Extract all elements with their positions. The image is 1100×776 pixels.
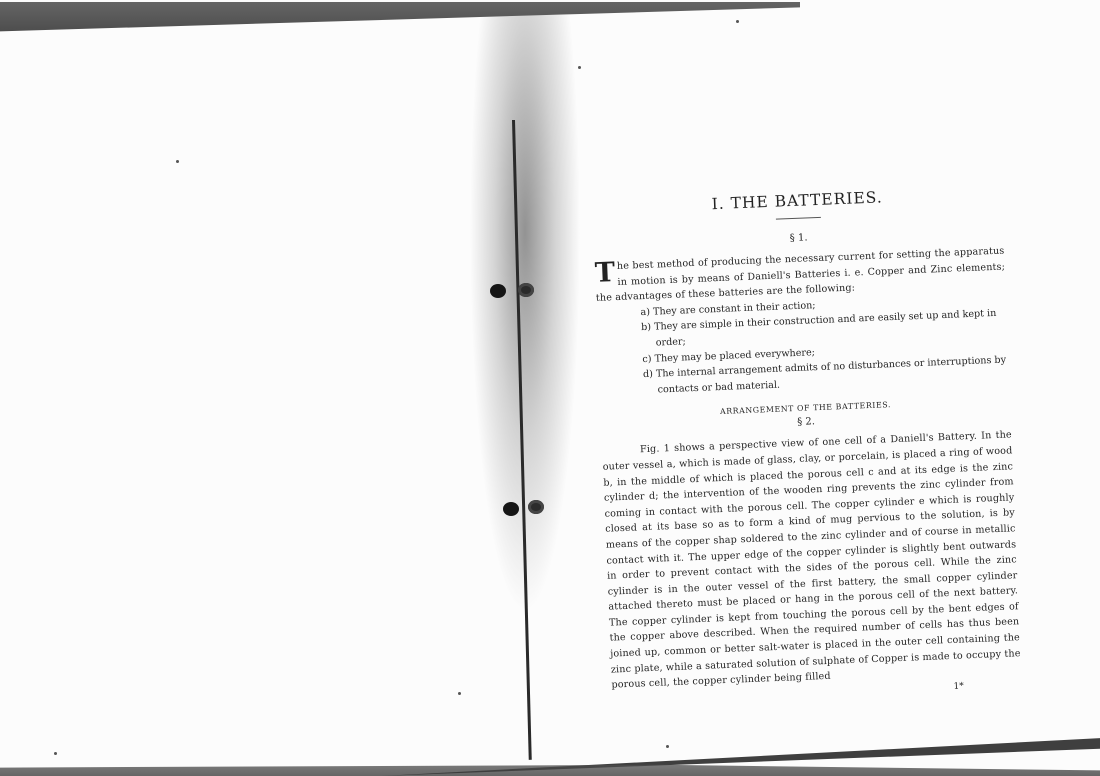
advantages-list: a) They are constant in their action; b)… xyxy=(596,290,1009,400)
scanned-book-spread: I. THE BATTERIES. § 1. The best method o… xyxy=(0,0,1100,776)
binding-hole-left-lower xyxy=(503,502,519,516)
drop-cap: T xyxy=(594,261,615,286)
binding-hole-right-upper xyxy=(518,283,534,297)
scan-top-edge-shadow xyxy=(0,2,800,32)
right-page: I. THE BATTERIES. § 1. The best method o… xyxy=(592,184,1022,708)
chapter-title: I. THE BATTERIES. xyxy=(592,184,1002,218)
scan-speck xyxy=(176,160,179,163)
list-marker: c) xyxy=(642,353,652,364)
scan-speck xyxy=(458,692,461,695)
binding-hole-right-lower xyxy=(528,500,544,514)
list-marker: a) xyxy=(640,307,650,318)
section-2-body: Fig. 1 shows a perspective view of one c… xyxy=(602,428,1022,694)
scan-speck xyxy=(736,20,739,23)
title-rule xyxy=(775,217,820,220)
list-marker: b) xyxy=(641,322,651,333)
list-marker: d) xyxy=(643,369,653,380)
binding-hole-left-upper xyxy=(490,284,506,298)
scan-bottom-border xyxy=(0,762,1100,776)
scan-speck xyxy=(578,66,581,69)
scan-speck xyxy=(54,752,57,755)
scan-speck xyxy=(666,745,669,748)
